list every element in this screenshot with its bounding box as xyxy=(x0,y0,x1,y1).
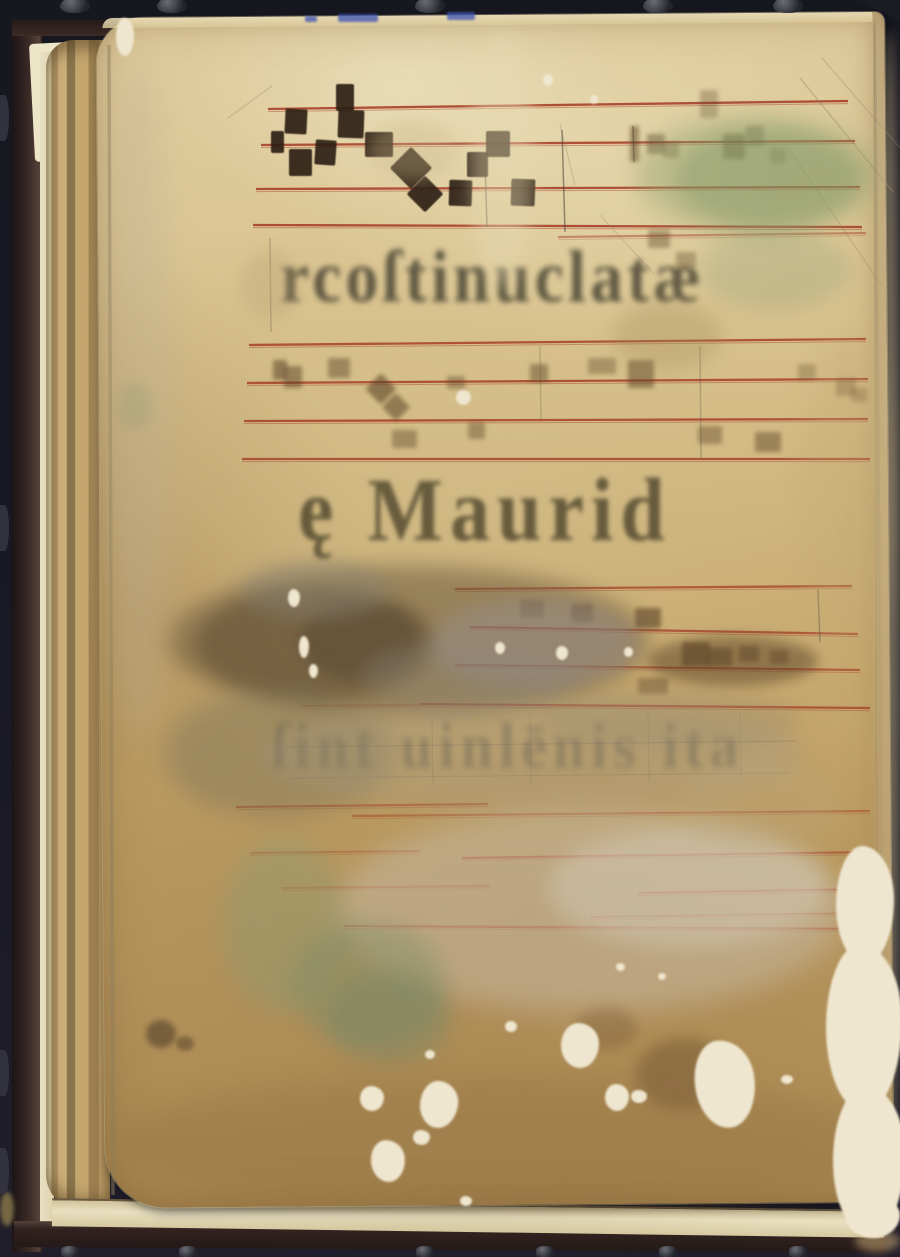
stain xyxy=(540,690,800,750)
ghost-neume xyxy=(447,376,465,389)
stain xyxy=(612,300,722,370)
ghost-neume xyxy=(588,358,616,374)
stain xyxy=(240,560,390,620)
stain xyxy=(470,28,534,288)
stand-stud-left xyxy=(0,505,9,551)
blue-ink-mark xyxy=(338,14,378,22)
square-neume xyxy=(336,84,354,111)
stain xyxy=(368,120,458,180)
stain xyxy=(0,1192,14,1226)
page-content-layer: rcoſtinuclatæ ę Maurid ſint uinlēnis ita xyxy=(0,0,900,1257)
ghost-neume xyxy=(328,358,350,378)
stand-stud-top xyxy=(60,0,90,13)
stain xyxy=(680,760,840,850)
blue-ink-mark xyxy=(305,16,317,22)
stain xyxy=(800,330,890,660)
stain xyxy=(176,1036,194,1051)
stain xyxy=(676,128,861,228)
ghost-neume xyxy=(468,422,485,439)
stain xyxy=(118,382,152,430)
stain xyxy=(360,640,580,710)
ghost-neume xyxy=(755,432,781,452)
stand-stud-bottom xyxy=(536,1246,554,1257)
stand-stud-bottom xyxy=(61,1246,79,1257)
stain xyxy=(648,636,818,686)
square-neume xyxy=(289,149,312,176)
line xyxy=(540,346,541,420)
line xyxy=(228,86,272,118)
square-neume xyxy=(314,139,337,165)
line xyxy=(244,422,868,424)
ghost-neume xyxy=(648,230,670,248)
square-neume xyxy=(338,110,365,139)
stand-stud-bottom xyxy=(179,1246,197,1257)
ghost-neume xyxy=(700,90,718,118)
blue-ink-mark xyxy=(447,12,475,20)
faded-gothic-text-line-2: ę Maurid xyxy=(298,461,672,563)
ghost-neume xyxy=(392,430,417,448)
ghost-neume xyxy=(530,364,548,382)
stand-stud-top xyxy=(773,0,803,13)
stand-stud-top xyxy=(643,0,673,13)
ghost-neume xyxy=(630,126,639,162)
stand-stud-left xyxy=(0,1050,9,1096)
stain xyxy=(146,1020,176,1048)
manuscript-photo: rcoſtinuclatæ ę Maurid ſint uinlēnis ita xyxy=(0,0,900,1257)
ghost-neume xyxy=(698,426,722,444)
stand-stud-left xyxy=(0,1148,9,1194)
stand-stud-bottom xyxy=(789,1246,807,1257)
square-neume xyxy=(271,131,284,153)
stand-stud-bottom xyxy=(416,1246,434,1257)
stain xyxy=(112,1075,892,1210)
square-neume xyxy=(449,180,473,207)
stand-stud-left xyxy=(0,95,9,141)
ghost-neume xyxy=(284,366,302,388)
stand-stud-bottom xyxy=(659,1246,677,1257)
stand-stud-top xyxy=(415,0,445,13)
stain xyxy=(240,250,300,320)
line xyxy=(244,419,868,421)
ghost-neume xyxy=(676,252,696,268)
stain xyxy=(700,230,850,310)
square-neume xyxy=(284,108,307,134)
stand-stud-top xyxy=(157,0,187,13)
